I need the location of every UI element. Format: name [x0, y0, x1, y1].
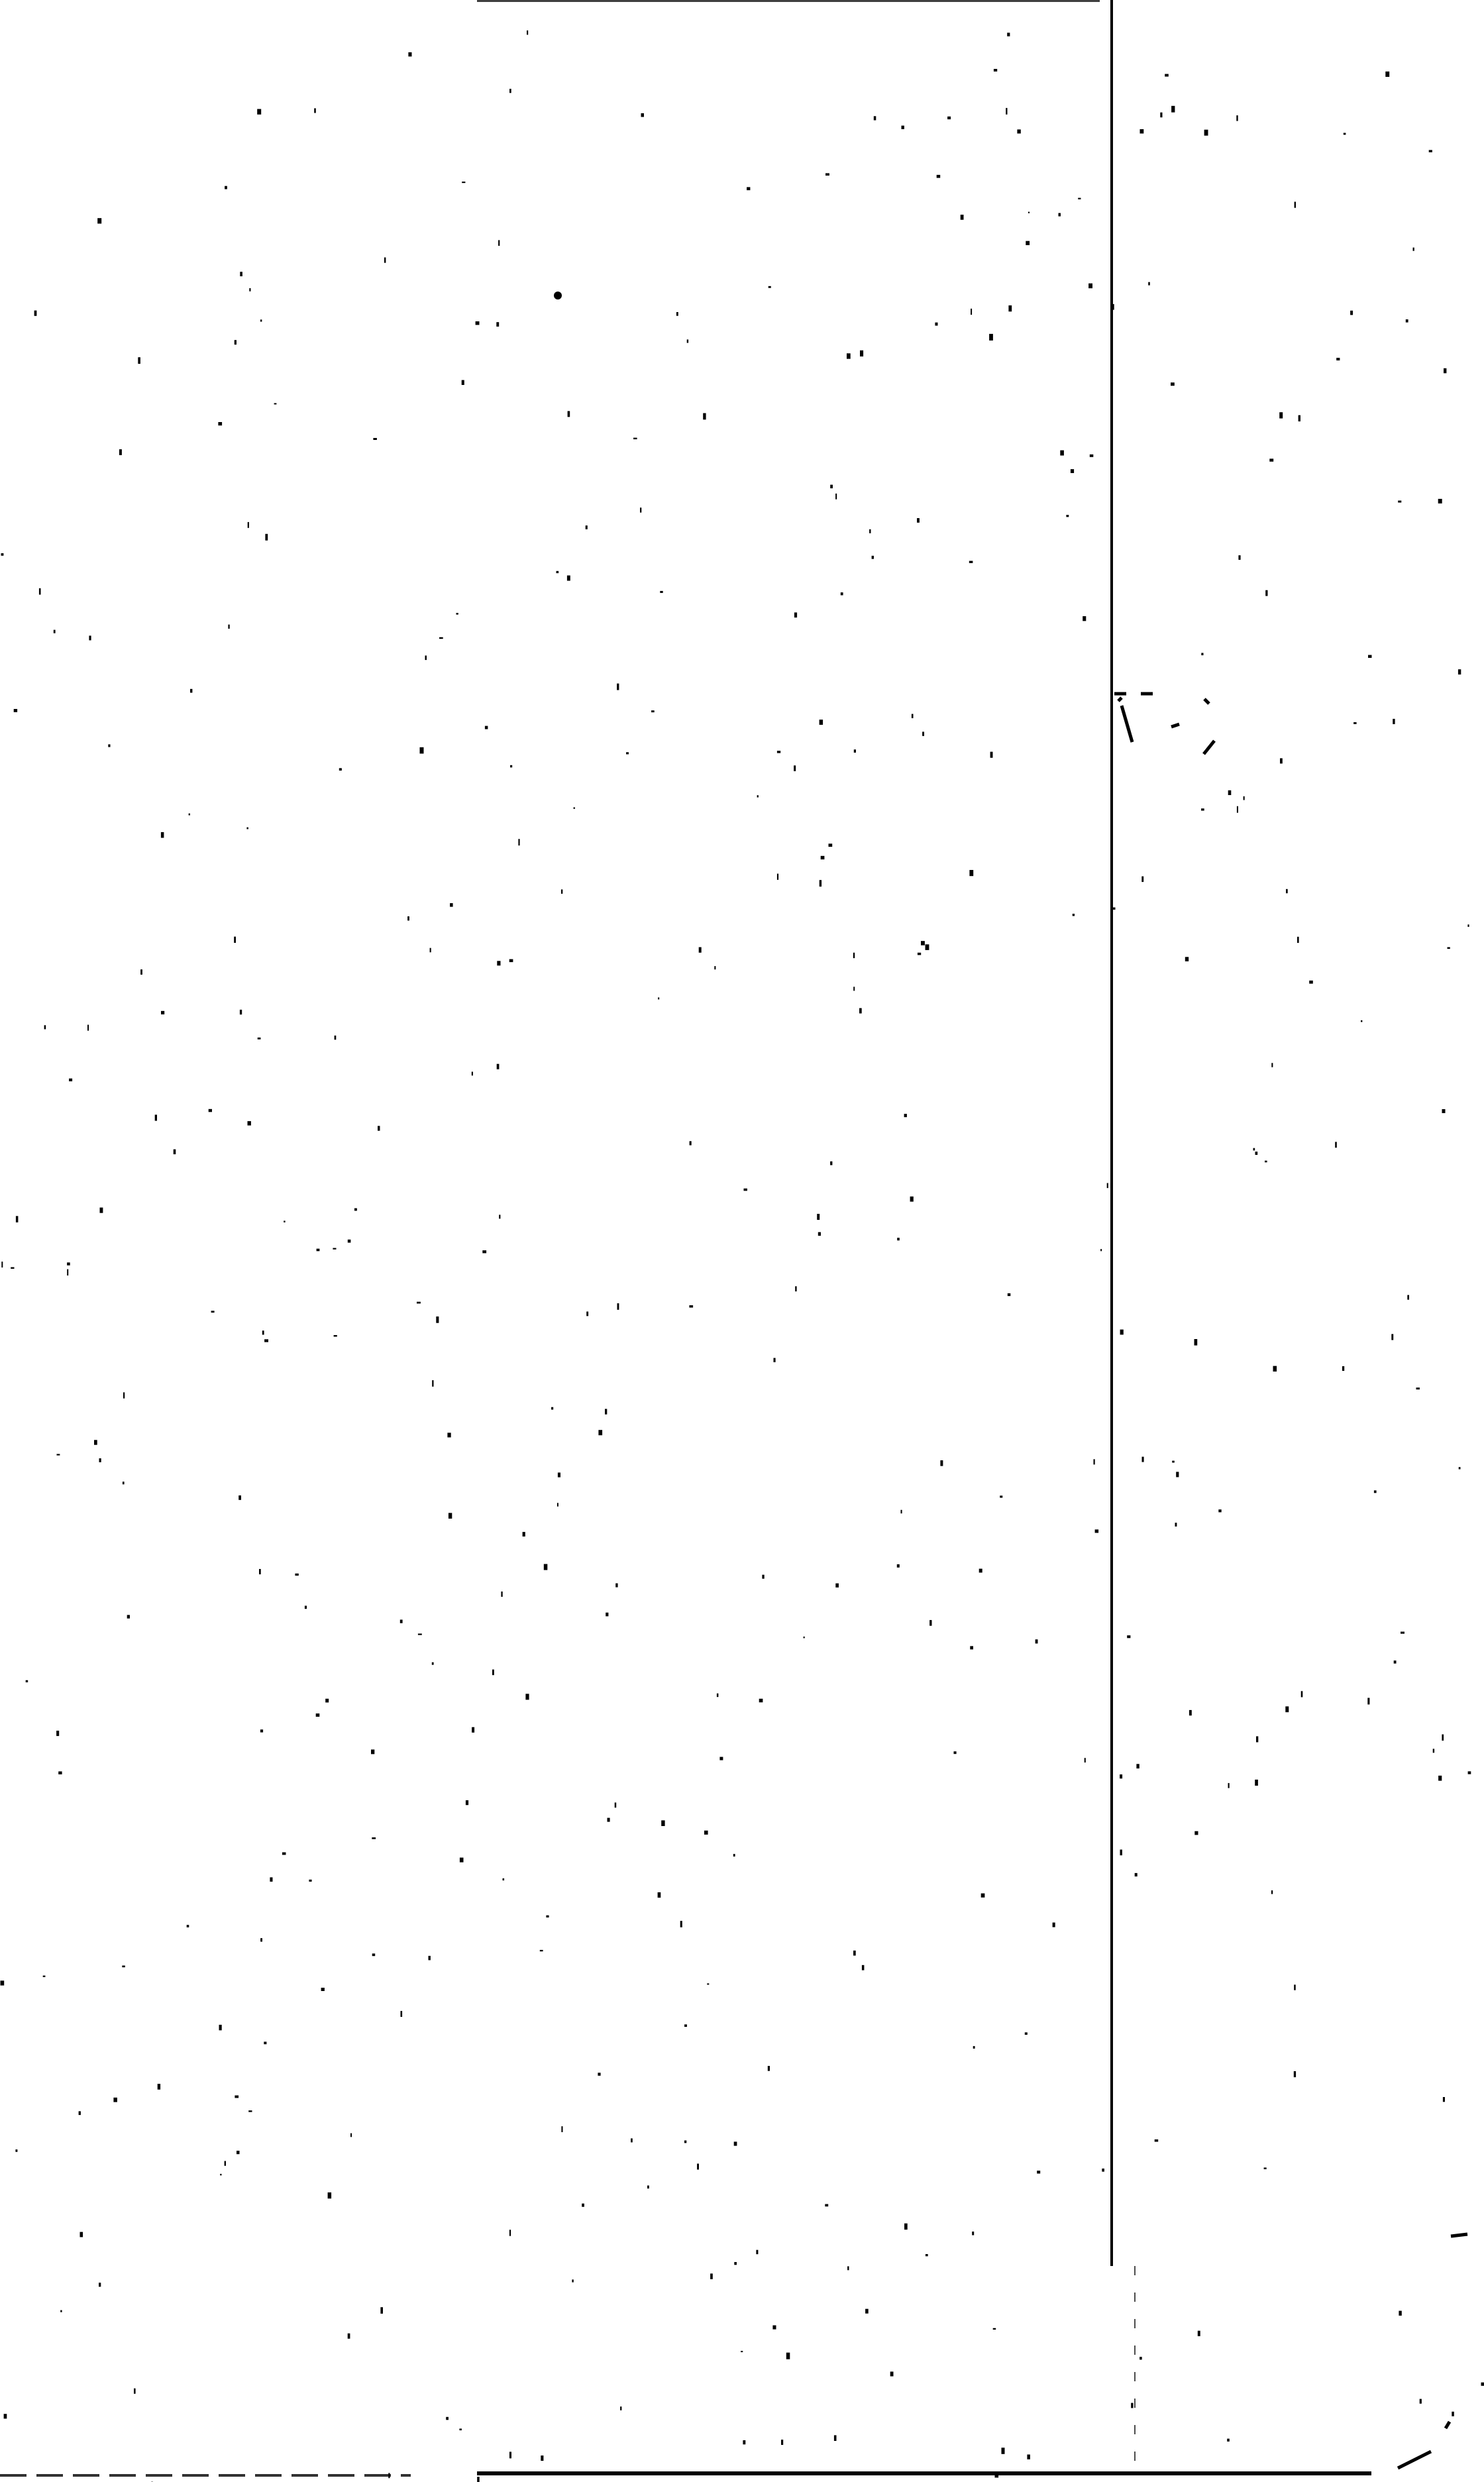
corner-stroke [1398, 2234, 1467, 2468]
faint-mark [1114, 694, 1214, 754]
scanned-page [0, 0, 1484, 2482]
scan-noise [0, 0, 1484, 2482]
